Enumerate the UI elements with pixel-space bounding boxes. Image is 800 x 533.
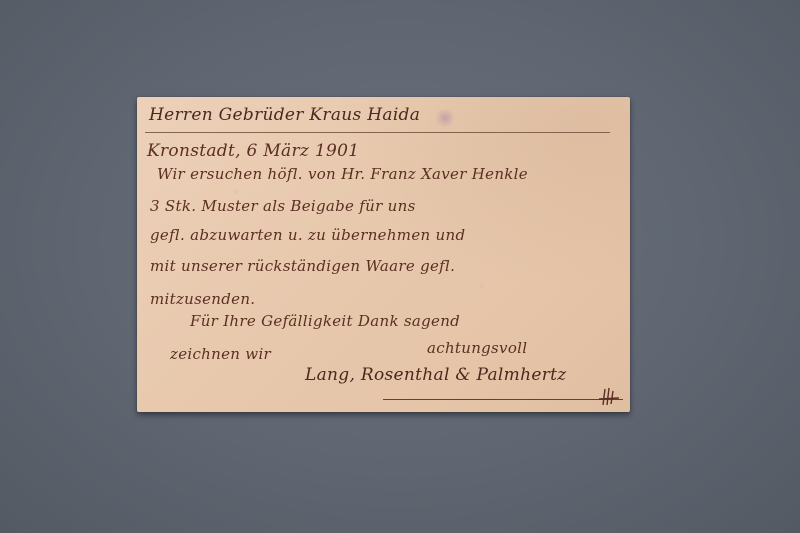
body-line: mit unserer rückständigen Waare gefl. [150, 257, 455, 275]
body-line: Für Ihre Gefälligkeit Dank sagend [190, 312, 460, 330]
addressee-line: Herren Gebrüder Kraus Haida [149, 105, 420, 125]
body-line: 3 Stk. Muster als Beigabe für uns [150, 197, 416, 215]
signature: Lang, Rosenthal & Palmhertz [305, 365, 567, 385]
dateline: Kronstadt, 6 März 1901 [147, 141, 359, 161]
postmark-smudge [434, 109, 456, 127]
postcard: Herren Gebrüder Kraus Haida Kronstadt, 6… [137, 97, 630, 412]
address-underline [145, 132, 610, 133]
body-line: gefl. abzuwarten u. zu übernehmen und [150, 226, 465, 244]
body-line: mitzusenden. [150, 290, 255, 308]
signature-flourish-icon [597, 385, 621, 407]
closing-text: achtungsvoll [427, 339, 527, 357]
body-line: Wir ersuchen höfl. von Hr. Franz Xaver H… [157, 165, 528, 183]
body-line: zeichnen wir [170, 345, 271, 363]
signature-underline [383, 399, 623, 400]
